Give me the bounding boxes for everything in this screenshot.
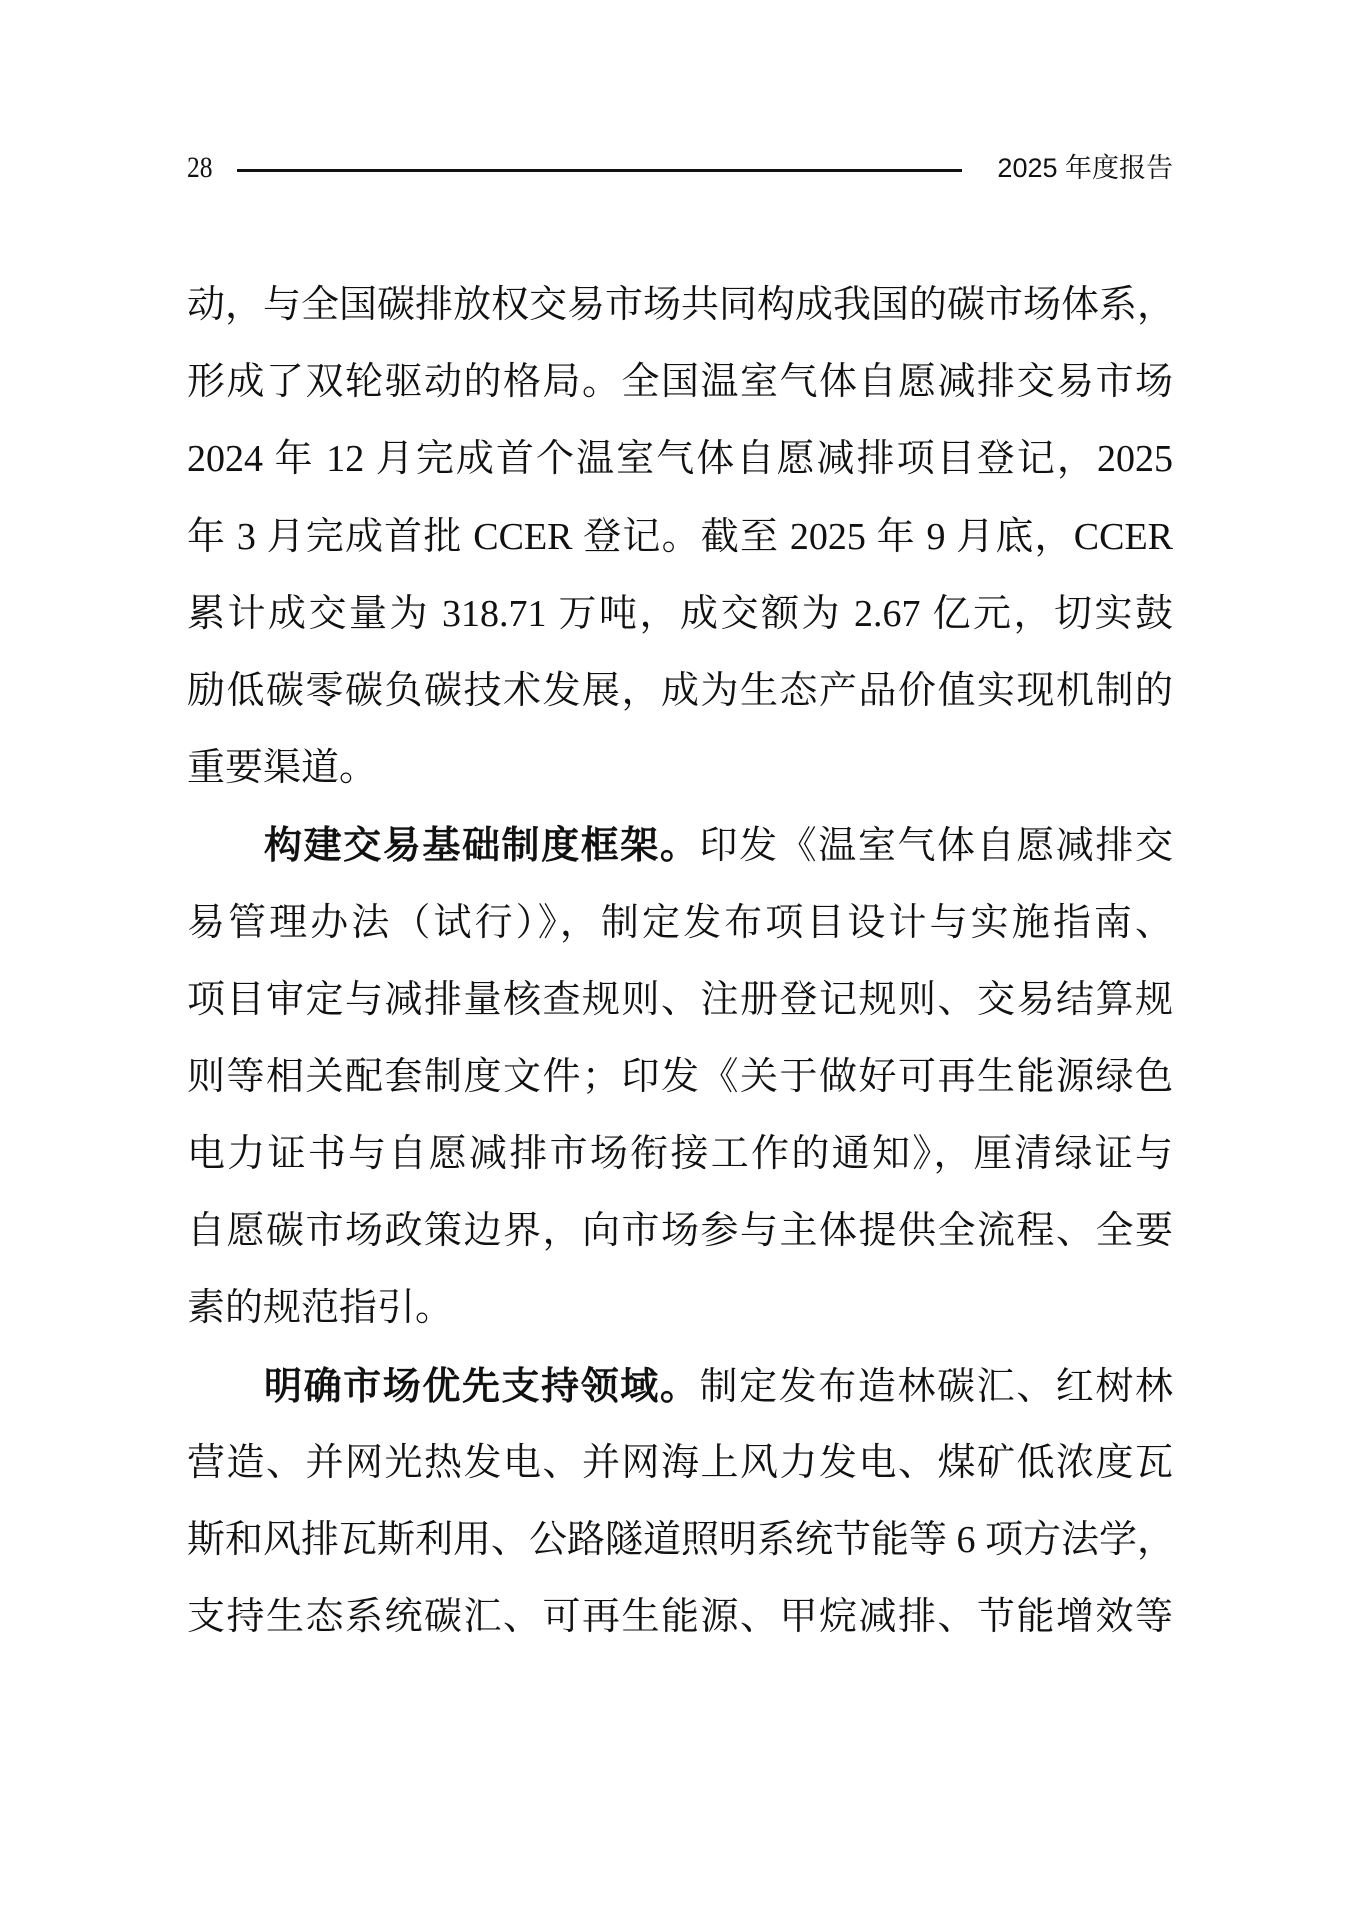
text-line: 则等相关配套制度文件；印发《关于做好可再生能源绿色: [187, 1039, 1173, 1116]
text-line: 支持生态系统碳汇、可再生能源、甲烷减排、节能增效等: [187, 1579, 1173, 1656]
text-line: 累计成交量为 318.71 万吨，成交额为 2.67 亿元，切实鼓: [187, 576, 1173, 653]
text-line: 重要渠道。: [187, 730, 1173, 807]
header-rule: [237, 169, 962, 172]
text-line: 素的规范指引。: [187, 1270, 1173, 1347]
text-line: 励低碳零碳负碳技术发展，成为生态产品价值实现机制的: [187, 653, 1173, 730]
page-header: 28 2025 年度报告: [187, 148, 1173, 188]
text-line: 年 3 月完成首批 CCER 登记。截至 2025 年 9 月底，CCER: [187, 499, 1173, 576]
page-number: 28: [187, 148, 213, 188]
text-line: 动，与全国碳排放权交易市场共同构成我国的碳市场体系，: [187, 267, 1173, 344]
text-line: 自愿碳市场政策边界，向市场参与主体提供全流程、全要: [187, 1193, 1173, 1270]
text-line: 电力证书与自愿减排市场衔接工作的通知》，厘清绿证与: [187, 1116, 1173, 1193]
text-line: 营造、并网光热发电、并网海上风力发电、煤矿低浓度瓦: [187, 1425, 1173, 1502]
text-run: 制定发布造林碳汇、红树林: [700, 1366, 1174, 1408]
text-line: 2024 年 12 月完成首个温室气体自愿减排项目登记，2025: [187, 421, 1173, 498]
paragraph-heading: 构建交易基础制度框架。: [264, 823, 700, 867]
paragraph-first-line: 明确市场优先支持领域。制定发布造林碳汇、红树林: [187, 1348, 1173, 1425]
running-title: 2025 年度报告: [997, 148, 1173, 188]
paragraph-first-line: 构建交易基础制度框架。印发《温室气体自愿减排交: [187, 807, 1173, 884]
text-line: 斯和风排瓦斯利用、公路隧道照明系统节能等 6 项方法学，: [187, 1502, 1173, 1579]
body-text: 动，与全国碳排放权交易市场共同构成我国的碳市场体系， 形成了双轮驱动的格局。全国…: [187, 267, 1173, 1656]
text-line: 易管理办法（试行）》，制定发布项目设计与实施指南、: [187, 885, 1173, 962]
paragraph-heading: 明确市场优先支持领域。: [264, 1364, 700, 1408]
text-line: 项目审定与减排量核查规则、注册登记规则、交易结算规: [187, 962, 1173, 1039]
text-line: 形成了双轮驱动的格局。全国温室气体自愿减排交易市场: [187, 344, 1173, 421]
text-run: 印发《温室气体自愿减排交: [700, 825, 1174, 867]
